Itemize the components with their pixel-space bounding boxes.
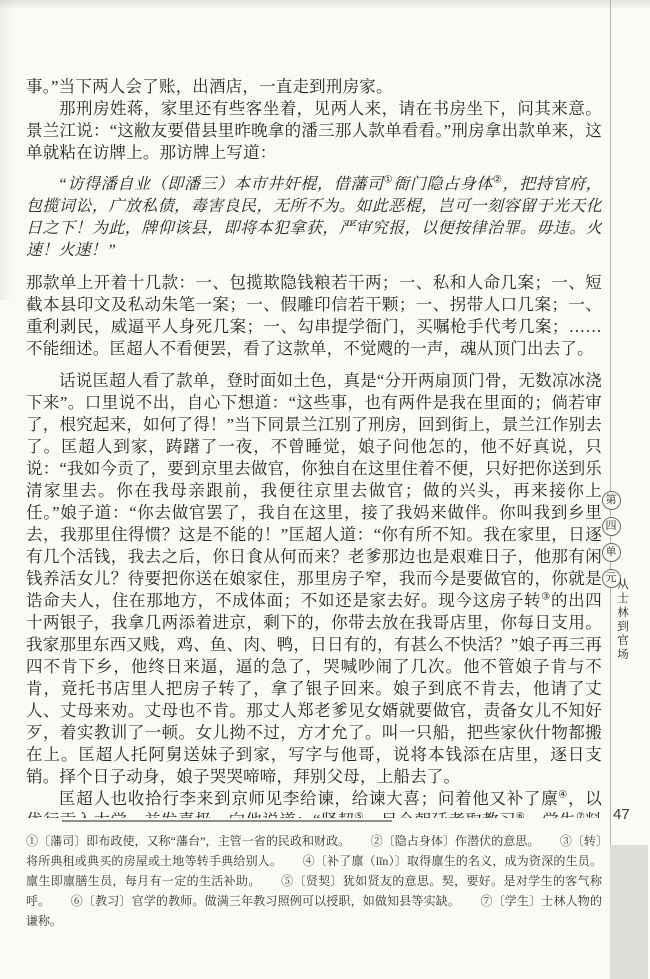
footnotes: ①〔藩司〕即布政使，又称“藩台”，主管一省的民政和财政。②〔隐占身体〕作潜伏的意… bbox=[26, 820, 602, 931]
footnote-item: ⑥〔教习〕官学的教师。做满三年教习照例可以授职，如做知县等实缺。 bbox=[71, 894, 460, 908]
footnote-ref: ② bbox=[493, 175, 503, 186]
scan-edge-shade-top bbox=[0, 0, 650, 10]
page-corner-block bbox=[610, 845, 648, 979]
paragraph: 事。”当下两人会了账，出酒店，一直走到刑房家。 bbox=[26, 76, 602, 98]
footnote-divider bbox=[62, 820, 392, 822]
footnote-ref: ① bbox=[384, 175, 394, 186]
footnote-item: ②〔隐占身体〕作潜伏的意思。 bbox=[371, 834, 540, 848]
footnote-item: ①〔藩司〕即布政使，又称“藩台”，主管一省的民政和财政。 bbox=[26, 834, 350, 848]
footnote-ref: ⑦ bbox=[576, 812, 585, 819]
footnote-ref: ④ bbox=[558, 790, 568, 801]
book-page: 事。”当下两人会了账，出酒店，一直走到刑房家。那刑房姓蒋，家里还有些客坐着，见两… bbox=[0, 0, 650, 979]
page-number: 47 bbox=[613, 806, 647, 823]
unit-subtitle: 从士林到官场 bbox=[614, 578, 630, 662]
unit-badge-char: 单 bbox=[602, 543, 621, 562]
paragraph: 那刑房姓蒋，家里还有些客坐着，见两人来，请在书房坐下，问其来意。景兰江说：“这敝… bbox=[26, 98, 602, 164]
paragraph: 匡超人也收拾行李来到京师见李给谏，给谏大喜；问着他又补了廪④，以优行贡入太学，益… bbox=[26, 788, 602, 818]
proclamation-quote: “访得潘自业（即潘三）本市井奸棍，借藩司①衙门隐占身体②，把持官府，包揽词讼，广… bbox=[26, 174, 602, 262]
paragraph: 那款单上开着十几款：一、包揽欺隐钱粮若干两；一、私和人命几案；一、短截本县印文及… bbox=[26, 272, 602, 360]
unit-badge-char: 四 bbox=[602, 517, 621, 536]
unit-badge-char: 第 bbox=[602, 491, 621, 510]
scan-edge-shade-left bbox=[0, 0, 14, 300]
page-body-text: 事。”当下两人会了账，出酒店，一直走到刑房家。那刑房姓蒋，家里还有些客坐着，见两… bbox=[26, 76, 602, 818]
footnote-ref: ③ bbox=[541, 592, 551, 603]
footnote-text: ①〔藩司〕即布政使，又称“藩台”，主管一省的民政和财政。②〔隐占身体〕作潜伏的意… bbox=[26, 831, 602, 931]
sidebar-rule bbox=[610, 0, 611, 979]
footnote-ref: ⑥ bbox=[516, 812, 525, 819]
footnote-ref: ⑤ bbox=[355, 812, 364, 819]
paragraph: 话说匡超人看了款单，登时面如土色，真是“分开两扇顶门骨，无数凉冰浇下来”。口里说… bbox=[26, 370, 602, 788]
